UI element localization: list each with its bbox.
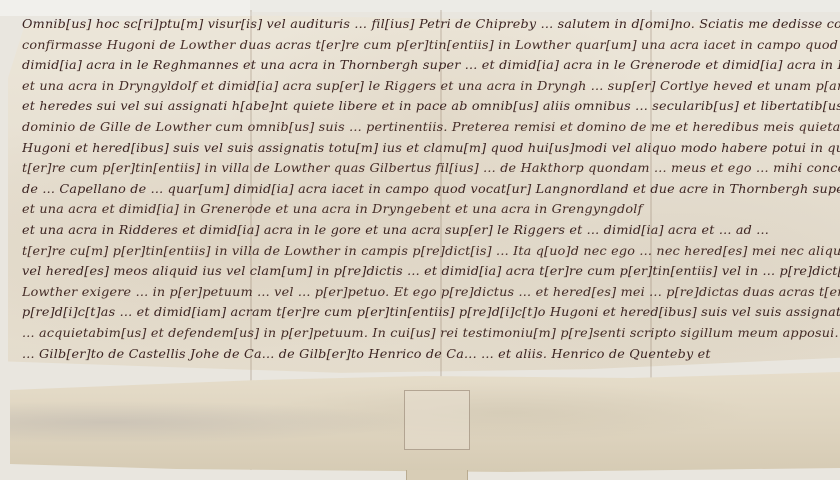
text-line: ... acquietabim[us] et defendem[us] in p… — [22, 323, 840, 344]
text-line: ... Gilb[er]to de Castellis Johe de Ca..… — [22, 344, 840, 365]
text-line: t[er]re cum p[er]tin[entiis] in villa de… — [22, 158, 840, 179]
backdrop-mount — [250, 0, 840, 12]
text-line: confirmasse Hugoni de Lowther duas acras… — [22, 35, 840, 56]
text-line: de ... Capellano de ... quar[um] dimid[i… — [22, 179, 840, 200]
text-line: vel hered[es] meos aliquid ius vel clam[… — [22, 261, 840, 282]
seal-slit — [404, 390, 470, 450]
text-line: et una acra in Dryngyldolf et dimid[ia] … — [22, 76, 840, 97]
text-line: t[er]re cu[m] p[er]tin[entiis] in villa … — [22, 241, 840, 262]
text-line: et heredes sui vel sui assignati h[abe]n… — [22, 96, 840, 117]
text-line: dominio de Gille de Lowther cum omnib[us… — [22, 117, 840, 138]
text-line: et una acra et dimid[ia] in Grenerode et… — [22, 199, 840, 220]
text-line: Hugoni et hered[ibus] suis vel suis assi… — [22, 138, 840, 159]
charter-text: Omnib[us] hoc sc[ri]ptu[m] visur[is] vel… — [22, 14, 837, 364]
text-line: p[re]d[i]c[t]as ... et dimid[iam] acram … — [22, 302, 840, 323]
text-line: dimid[ia] acra in le Reghmannes et una a… — [22, 55, 840, 76]
text-line: Omnib[us] hoc sc[ri]ptu[m] visur[is] vel… — [22, 14, 840, 35]
text-line: et una acra in Ridderes et dimid[ia] acr… — [22, 220, 840, 241]
seal-tag — [406, 470, 468, 480]
text-line: Lowther exigere ... in p[er]petuum ... v… — [22, 282, 840, 303]
